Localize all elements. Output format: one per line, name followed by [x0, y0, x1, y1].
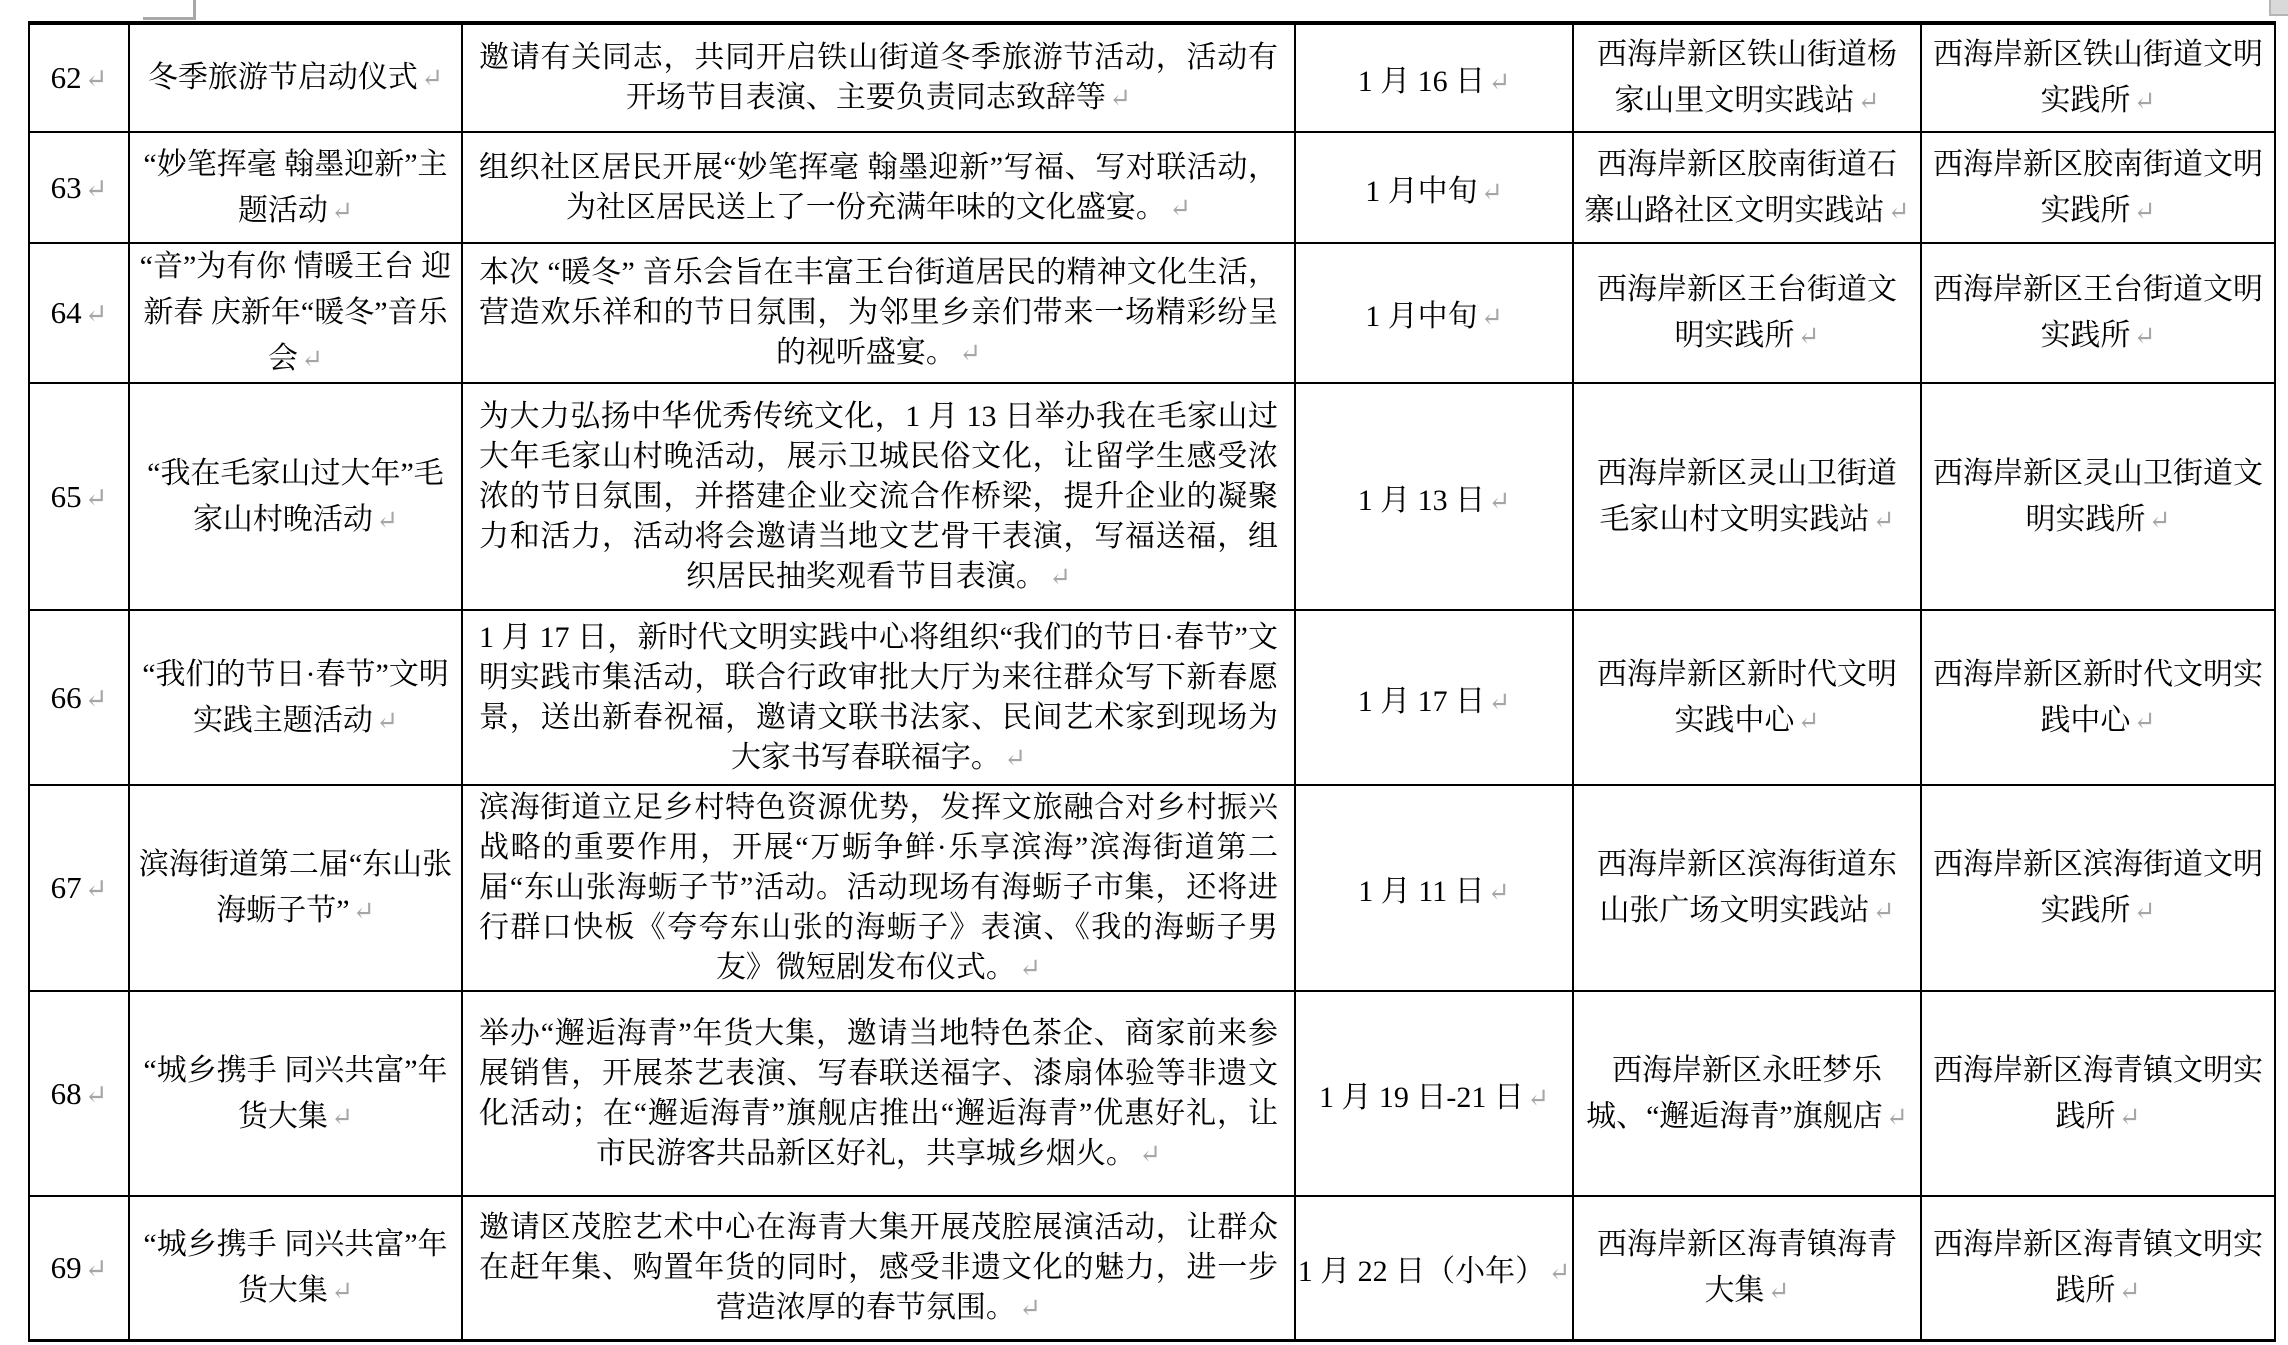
paragraph-mark-icon: ↵: [1478, 177, 1503, 207]
paragraph-mark-icon: ↵: [1884, 196, 1909, 226]
table-row: 68↵ “城乡携手 同兴共富”年货大集↵ 举办“邂逅海青”年货大集，邀请当地特色…: [29, 991, 2275, 1196]
cell-date[interactable]: 1 月 11 日↵: [1295, 785, 1573, 991]
cell-date[interactable]: 1 月中旬↵: [1295, 243, 1573, 383]
paragraph-mark-icon: ↵: [328, 1276, 353, 1306]
cell-description[interactable]: 滨海街道立足乡村特色资源优势，发挥文旅融合对乡村振兴战略的重要作用，开展“万蛎争…: [462, 785, 1295, 991]
cell-number[interactable]: 66↵: [29, 610, 129, 785]
cell-number[interactable]: 62↵: [29, 23, 129, 132]
paragraph-mark-icon: ↵: [1854, 86, 1879, 116]
paragraph-mark-icon: ↵: [1883, 1102, 1908, 1132]
paragraph-mark-icon: ↵: [350, 896, 375, 926]
event-title: “妙笔挥毫 翰墨迎新”主题活动: [143, 148, 447, 227]
event-title: “城乡携手 同兴共富”年货大集: [143, 1054, 447, 1133]
paragraph-mark-icon: ↵: [2130, 321, 2155, 351]
event-organizer: 西海岸新区铁山街道文明实践所: [1933, 38, 2263, 117]
cell-description[interactable]: 本次 “暖冬” 音乐会旨在丰富王台街道居民的精神文化生活，营造欢乐祥和的节日氛围…: [462, 243, 1295, 383]
cell-description[interactable]: 邀请有关同志，共同开启铁山街道冬季旅游节活动，活动有开场节目表演、主要负责同志致…: [462, 23, 1295, 132]
event-description: 为大力弘扬中华优秀传统文化，1 月 13 日举办我在毛家山过大年毛家山村晚活动，…: [479, 400, 1278, 593]
row-number: 66: [51, 680, 82, 715]
cell-organizer[interactable]: 西海岸新区新时代文明实践中心↵: [1921, 610, 2275, 785]
paragraph-mark-icon: ↵: [2130, 896, 2155, 926]
event-title: “城乡携手 同兴共富”年货大集: [143, 1228, 447, 1307]
paragraph-mark-icon: ↵: [2130, 86, 2155, 116]
cell-description[interactable]: 邀请区茂腔艺术中心在海青大集开展茂腔展演活动，让群众在赶年集、购置年货的同时，感…: [462, 1196, 1295, 1340]
row-number: 62: [51, 60, 82, 95]
event-date: 1 月 11 日: [1358, 875, 1484, 908]
paragraph-mark-icon: ↵: [1869, 505, 1894, 535]
paragraph-mark-icon: ↵: [82, 684, 108, 714]
cell-description[interactable]: 为大力弘扬中华优秀传统文化，1 月 13 日举办我在毛家山过大年毛家山村晚活动，…: [462, 383, 1295, 610]
paragraph-mark-icon: ↵: [1485, 687, 1510, 717]
paragraph-mark-icon: ↵: [2115, 1102, 2140, 1132]
paragraph-mark-icon: ↵: [82, 64, 108, 94]
cell-number[interactable]: 65↵: [29, 383, 129, 610]
paragraph-mark-icon: ↵: [1794, 321, 1819, 351]
event-organizer: 西海岸新区滨海街道文明实践所: [1933, 848, 2263, 927]
event-date: 1 月 19 日-21 日: [1319, 1081, 1524, 1114]
cell-description[interactable]: 组织社区居民开展“妙笔挥毫 翰墨迎新”写福、写对联活动，为社区居民送上了一份充满…: [462, 132, 1295, 243]
paragraph-mark-icon: ↵: [1545, 1257, 1570, 1287]
event-title: 滨海街道第二届“东山张海蛎子节”: [139, 848, 452, 927]
cell-organizer[interactable]: 西海岸新区铁山街道文明实践所↵: [1921, 23, 2275, 132]
paragraph-mark-icon: ↵: [1106, 83, 1131, 113]
paragraph-mark-icon: ↵: [373, 505, 398, 535]
event-description: 组织社区居民开展“妙笔挥毫 翰墨迎新”写福、写对联活动，为社区居民送上了一份充满…: [479, 151, 1278, 224]
paragraph-mark-icon: ↵: [328, 1102, 353, 1132]
cell-venue[interactable]: 西海岸新区海青镇海青大集↵: [1573, 1196, 1921, 1340]
cell-title[interactable]: “我们的节日·春节”文明实践主题活动↵: [129, 610, 462, 785]
event-title: “音”为有你 情暖王台 迎新春 庆新年“暖冬”音乐会: [140, 250, 452, 375]
paragraph-mark-icon: ↵: [1764, 1276, 1789, 1306]
row-number: 69: [51, 1250, 82, 1285]
event-title: 冬季旅游节启动仪式: [148, 61, 418, 94]
event-venue: 西海岸新区胶南街道石寨山路社区文明实践站: [1584, 148, 1897, 227]
paragraph-mark-icon: ↵: [2130, 706, 2155, 736]
paragraph-mark-icon: ↵: [1001, 743, 1026, 773]
cell-venue[interactable]: 西海岸新区永旺梦乐城、“邂逅海青”旗舰店↵: [1573, 991, 1921, 1196]
cell-title[interactable]: “音”为有你 情暖王台 迎新春 庆新年“暖冬”音乐会↵: [129, 243, 462, 383]
row-number: 63: [51, 170, 82, 205]
paragraph-mark-icon: ↵: [82, 299, 108, 329]
cell-title[interactable]: “妙笔挥毫 翰墨迎新”主题活动↵: [129, 132, 462, 243]
paragraph-mark-icon: ↵: [2145, 505, 2170, 535]
cell-title[interactable]: 滨海街道第二届“东山张海蛎子节”↵: [129, 785, 462, 991]
cell-date[interactable]: 1 月 16 日↵: [1295, 23, 1573, 132]
cell-organizer[interactable]: 西海岸新区胶南街道文明实践所↵: [1921, 132, 2275, 243]
event-date: 1 月 16 日: [1358, 65, 1486, 98]
paragraph-mark-icon: ↵: [1524, 1083, 1549, 1113]
row-number: 67: [51, 870, 82, 905]
table-row: 62↵ 冬季旅游节启动仪式↵ 邀请有关同志，共同开启铁山街道冬季旅游节活动，活动…: [29, 23, 2275, 132]
event-venue: 西海岸新区海青镇海青大集: [1597, 1228, 1897, 1307]
paragraph-mark-icon: ↵: [1016, 953, 1041, 983]
event-organizer: 西海岸新区灵山卫街道文明实践所: [1933, 457, 2263, 536]
cell-venue[interactable]: 西海岸新区灵山卫街道毛家山村文明实践站↵: [1573, 383, 1921, 610]
event-organizer: 西海岸新区新时代文明实践中心: [1933, 658, 2263, 737]
paragraph-mark-icon: ↵: [956, 338, 981, 368]
cell-organizer[interactable]: 西海岸新区王台街道文明实践所↵: [1921, 243, 2275, 383]
paragraph-mark-icon: ↵: [1794, 706, 1819, 736]
cell-venue[interactable]: 西海岸新区铁山街道杨家山里文明实践站↵: [1573, 23, 1921, 132]
paragraph-mark-icon: ↵: [328, 196, 353, 226]
event-date: 1 月 13 日: [1358, 484, 1486, 517]
cell-title[interactable]: “城乡携手 同兴共富”年货大集↵: [129, 991, 462, 1196]
cell-date[interactable]: 1 月 22 日（小年）↵: [1295, 1196, 1573, 1340]
event-description: 滨海街道立足乡村特色资源优势，发挥文旅融合对乡村振兴战略的重要作用，开展“万蛎争…: [479, 791, 1278, 984]
cell-organizer[interactable]: 西海岸新区海青镇文明实践所↵: [1921, 1196, 2275, 1340]
paragraph-mark-icon: ↵: [82, 1080, 108, 1110]
table-row: 66↵ “我们的节日·春节”文明实践主题活动↵ 1 月 17 日，新时代文明实践…: [29, 610, 2275, 785]
cell-organizer[interactable]: 西海岸新区滨海街道文明实践所↵: [1921, 785, 2275, 991]
event-title: “我在毛家山过大年”毛家山村晚活动: [147, 457, 444, 536]
event-description: 本次 “暖冬” 音乐会旨在丰富王台街道居民的精神文化生活，营造欢乐祥和的节日氛围…: [479, 256, 1278, 369]
table-row: 67↵ 滨海街道第二届“东山张海蛎子节”↵ 滨海街道立足乡村特色资源优势，发挥文…: [29, 785, 2275, 991]
event-description: 邀请有关同志，共同开启铁山街道冬季旅游节活动，活动有开场节目表演、主要负责同志致…: [479, 41, 1278, 114]
cell-description[interactable]: 1 月 17 日，新时代文明实践中心将组织“我们的节日·春节”文明实践市集活动，…: [462, 610, 1295, 785]
paragraph-mark-icon: ↵: [373, 706, 398, 736]
cell-number[interactable]: 64↵: [29, 243, 129, 383]
event-date: 1 月 17 日: [1358, 685, 1486, 718]
events-table: 62↵ 冬季旅游节启动仪式↵ 邀请有关同志，共同开启铁山街道冬季旅游节活动，活动…: [28, 21, 2276, 1342]
paragraph-mark-icon: ↵: [1016, 1293, 1041, 1323]
paragraph-mark-icon: ↵: [82, 1254, 108, 1284]
paragraph-mark-icon: ↵: [298, 344, 323, 374]
paragraph-mark-icon: ↵: [82, 174, 108, 204]
row-number: 68: [51, 1076, 82, 1111]
event-organizer: 西海岸新区王台街道文明实践所: [1933, 273, 2263, 352]
paragraph-mark-icon: ↵: [1485, 67, 1510, 97]
cell-organizer[interactable]: 西海岸新区海青镇文明实践所↵: [1921, 991, 2275, 1196]
cell-venue[interactable]: 西海岸新区王台街道文明实践所↵: [1573, 243, 1921, 383]
event-description: 邀请区茂腔艺术中心在海青大集开展茂腔展演活动，让群众在赶年集、购置年货的同时，感…: [479, 1211, 1278, 1324]
cell-date[interactable]: 1 月 17 日↵: [1295, 610, 1573, 785]
paragraph-mark-icon: ↵: [1136, 1139, 1161, 1169]
paragraph-mark-icon: ↵: [1485, 877, 1510, 907]
event-description: 1 月 17 日，新时代文明实践中心将组织“我们的节日·春节”文明实践市集活动，…: [479, 621, 1278, 774]
event-organizer: 西海岸新区海青镇文明实践所: [1933, 1228, 2263, 1307]
cell-number[interactable]: 69↵: [29, 1196, 129, 1340]
paragraph-mark-icon: ↵: [1485, 486, 1510, 516]
event-date: 1 月 22 日（小年）: [1298, 1255, 1546, 1288]
event-venue: 西海岸新区王台街道文明实践所: [1597, 273, 1897, 352]
paragraph-mark-icon: ↵: [1046, 562, 1071, 592]
cell-title[interactable]: 冬季旅游节启动仪式↵: [129, 23, 462, 132]
cell-number[interactable]: 63↵: [29, 132, 129, 243]
row-number: 64: [51, 295, 82, 330]
event-date: 1 月中旬: [1365, 300, 1478, 333]
table-row: 63↵ “妙笔挥毫 翰墨迎新”主题活动↵ 组织社区居民开展“妙笔挥毫 翰墨迎新”…: [29, 132, 2275, 243]
row-number: 65: [51, 479, 82, 514]
cell-title[interactable]: “城乡携手 同兴共富”年货大集↵: [129, 1196, 462, 1340]
event-venue: 西海岸新区铁山街道杨家山里文明实践站: [1597, 38, 1897, 117]
cell-date[interactable]: 1 月中旬↵: [1295, 132, 1573, 243]
cell-venue[interactable]: 西海岸新区新时代文明实践中心↵: [1573, 610, 1921, 785]
cell-date[interactable]: 1 月 13 日↵: [1295, 383, 1573, 610]
event-organizer: 西海岸新区胶南街道文明实践所: [1933, 148, 2263, 227]
cell-venue[interactable]: 西海岸新区滨海街道东山张广场文明实践站↵: [1573, 785, 1921, 991]
event-venue: 西海岸新区滨海街道东山张广场文明实践站: [1597, 848, 1897, 927]
paragraph-mark-icon: ↵: [2115, 1276, 2140, 1306]
paragraph-mark-icon: ↵: [82, 874, 108, 904]
cell-number[interactable]: 67↵: [29, 785, 129, 991]
paragraph-mark-icon: ↵: [82, 483, 108, 513]
table-row: 65↵ “我在毛家山过大年”毛家山村晚活动↵ 为大力弘扬中华优秀传统文化，1 月…: [29, 383, 2275, 610]
cell-title[interactable]: “我在毛家山过大年”毛家山村晚活动↵: [129, 383, 462, 610]
paragraph-mark-icon: ↵: [1478, 302, 1503, 332]
paragraph-mark-icon: ↵: [1869, 896, 1894, 926]
paragraph-mark-icon: ↵: [2130, 196, 2155, 226]
cell-organizer[interactable]: 西海岸新区灵山卫街道文明实践所↵: [1921, 383, 2275, 610]
event-venue: 西海岸新区灵山卫街道毛家山村文明实践站: [1597, 457, 1897, 536]
text-boundary-mark-horizontal: [143, 17, 196, 20]
event-venue: 西海岸新区新时代文明实践中心: [1597, 658, 1897, 737]
paragraph-mark-icon: ↵: [1166, 193, 1191, 223]
scrollbar-fragment[interactable]: [2269, 0, 2288, 16]
event-title: “我们的节日·春节”文明实践主题活动: [142, 658, 449, 737]
cell-number[interactable]: 68↵: [29, 991, 129, 1196]
event-date: 1 月中旬: [1365, 175, 1478, 208]
cell-description[interactable]: 举办“邂逅海青”年货大集，邀请当地特色茶企、商家前来参展销售，开展茶艺表演、写春…: [462, 991, 1295, 1196]
paragraph-mark-icon: ↵: [418, 63, 443, 93]
table-row: 69↵ “城乡携手 同兴共富”年货大集↵ 邀请区茂腔艺术中心在海青大集开展茂腔展…: [29, 1196, 2275, 1340]
table-row: 64↵ “音”为有你 情暖王台 迎新春 庆新年“暖冬”音乐会↵ 本次 “暖冬” …: [29, 243, 2275, 383]
cell-venue[interactable]: 西海岸新区胶南街道石寨山路社区文明实践站↵: [1573, 132, 1921, 243]
cell-date[interactable]: 1 月 19 日-21 日↵: [1295, 991, 1573, 1196]
event-venue: 西海岸新区永旺梦乐城、“邂逅海青”旗舰店: [1586, 1054, 1883, 1133]
event-organizer: 西海岸新区海青镇文明实践所: [1933, 1054, 2263, 1133]
